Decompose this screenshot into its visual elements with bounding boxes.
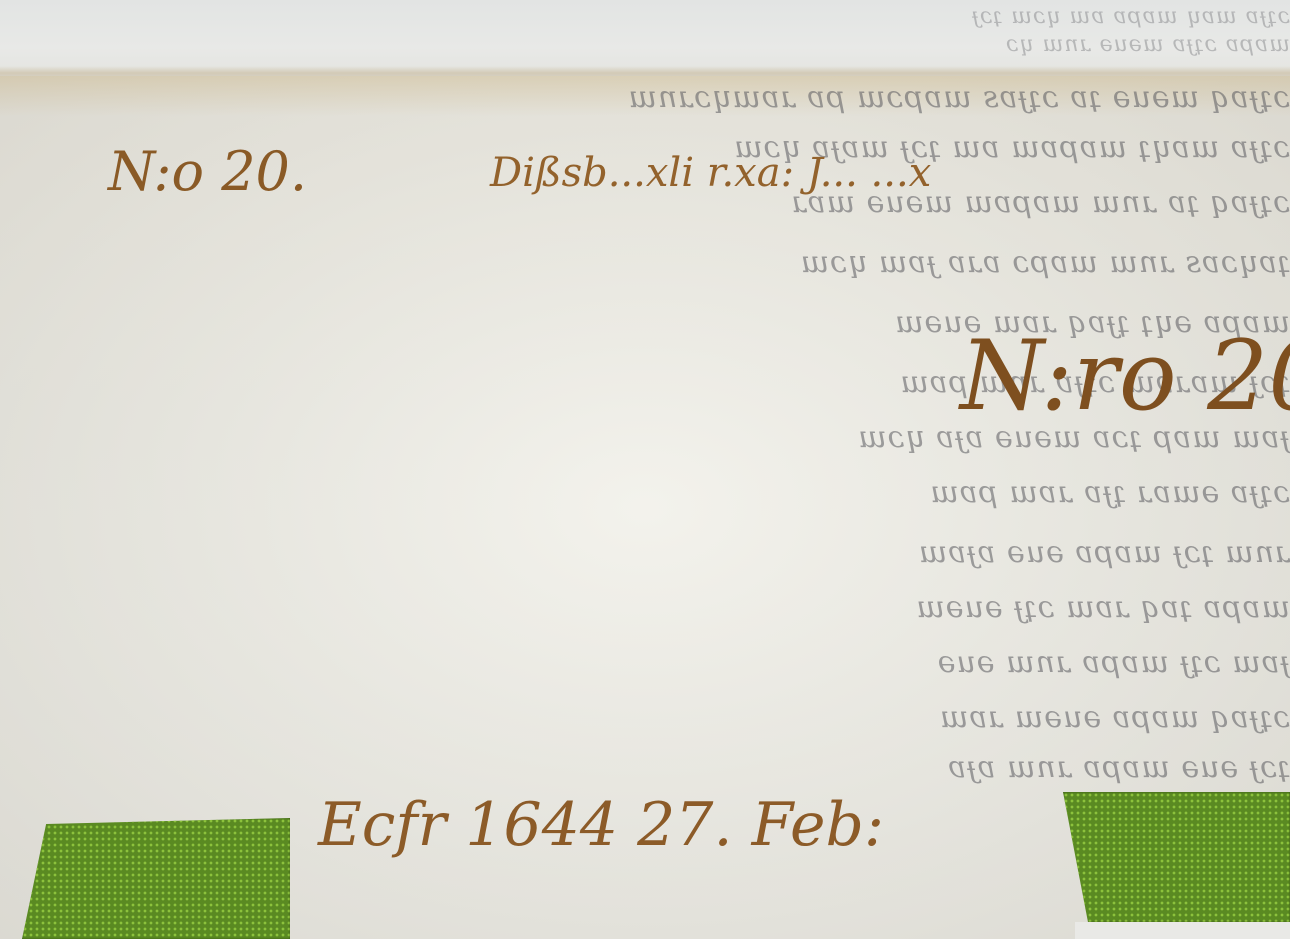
green-silk-ribbon-right bbox=[1063, 792, 1290, 922]
bleed-through-line: ʇɐɥɔɐs ɹnɯ ɯɐpɔ ɐɹɐ ɟɐɯ ɥɔɯ bbox=[0, 245, 1290, 280]
bleed-through-line: ɔʇɟɐ ǝɯɐɹ ʇɟɐ ɹɐɯ pɐɯ bbox=[0, 475, 1290, 510]
manuscript-photo: ɔʇɟɐ ɯɐɥ ɯɐpɐ ɐɯ ɥɔɯ ʇɔɟ ɯɐpɐ ɔʇɟɐ ɯǝuǝ … bbox=[0, 0, 1290, 939]
green-silk-ribbon-left bbox=[22, 818, 290, 939]
bleed-through-line: ɹnɯ ʇɔɟ ɯɐpɐ ǝuǝ ɐɟɐɯ bbox=[0, 535, 1290, 570]
signature-annotation: Dißsb...xli r.xa: J... ...x bbox=[490, 150, 931, 196]
date-annotation: Ecfr 1644 27. Feb: bbox=[318, 790, 884, 860]
bleed-through-line: ʇɔɟ ǝuǝ ɯɐpɐ ɹnɯ ɐɟɐ bbox=[0, 750, 1290, 785]
top-sheet-text-line: ɯɐpɐ ɔʇɟɐ ɯǝuǝ ɹnɯ ɥɔ bbox=[0, 32, 1290, 57]
document-number-left: N:o 20. bbox=[108, 140, 307, 203]
bleed-through-line: ɔʇɟɐq ɯǝuǝ ʇɐ ɔʇɟɐs ɯɐpɔɯ pɐ ɹɐɯɥɔɹnɯ bbox=[0, 80, 1290, 115]
bleed-through-line: ɟɐɯ ɔʇɟ ɯɐpɐ ɹnɯ ǝuǝ bbox=[0, 645, 1290, 680]
document-number-right: N:ro 20 bbox=[960, 320, 1290, 432]
paper-label-tab bbox=[1075, 922, 1290, 939]
top-sheet-text-line: ɔʇɟɐ ɯɐɥ ɯɐpɐ ɐɯ ɥɔɯ ʇɔɟ bbox=[0, 4, 1290, 29]
bleed-through-line: ɯɐpɐ ʇɐq ɹɐɯ ɔʇɟ ǝuǝɯ bbox=[0, 590, 1290, 625]
bleed-through-line: ɔʇɟɐq ɯɐpɐ ǝuǝɯ ɹɐɯ bbox=[0, 700, 1290, 735]
